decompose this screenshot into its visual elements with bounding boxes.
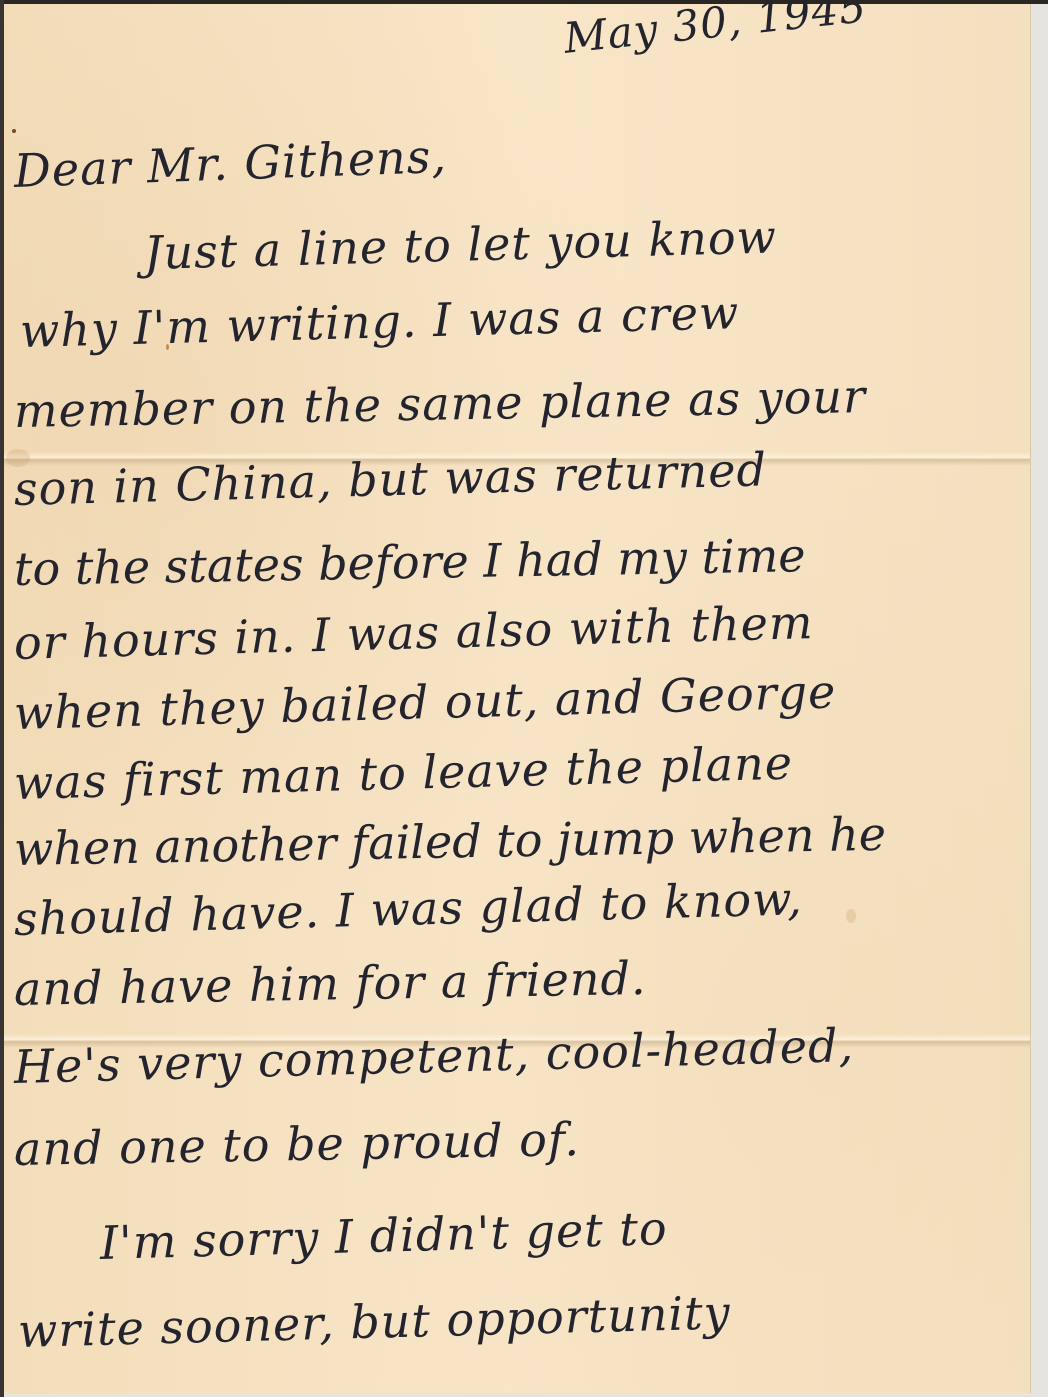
letter-line: write sooner, but opportunity bbox=[17, 1285, 731, 1358]
letter-line: and one to be proud of. bbox=[14, 1112, 581, 1176]
letter-line: why I'm writing. I was a crew bbox=[19, 285, 740, 358]
letter-line: to the states before I had my time bbox=[14, 528, 806, 596]
letter-line: when they bailed out, and George bbox=[13, 664, 837, 740]
letter-date: May 30, 1945 bbox=[561, 0, 869, 63]
letter-line: I'm sorry I didn't get to bbox=[99, 1201, 668, 1270]
letter-salutation: Dear Mr. Githens, bbox=[13, 129, 448, 198]
letter-line: was first man to leave the plane bbox=[13, 736, 793, 810]
letter-line: should have. I was glad to know, bbox=[13, 871, 803, 946]
letter-line: member on the same plane as your bbox=[14, 369, 867, 438]
letter-line: or hours in. I was also with them bbox=[13, 595, 814, 670]
letter-line: when another failed to jump when he bbox=[14, 807, 887, 876]
paper-stain bbox=[846, 909, 856, 923]
scanned-letter-page: May 30, 1945 Dear Mr. Githens, Just a li… bbox=[0, 0, 1048, 1397]
paper-speck bbox=[12, 129, 16, 133]
letter-paper: May 30, 1945 Dear Mr. Githens, Just a li… bbox=[4, 4, 1030, 1393]
letter-line: Just a line to let you know bbox=[143, 209, 777, 280]
letter-line: He's very competent, cool-headed, bbox=[13, 1018, 854, 1094]
letter-line: and have him for a friend. bbox=[14, 951, 647, 1016]
